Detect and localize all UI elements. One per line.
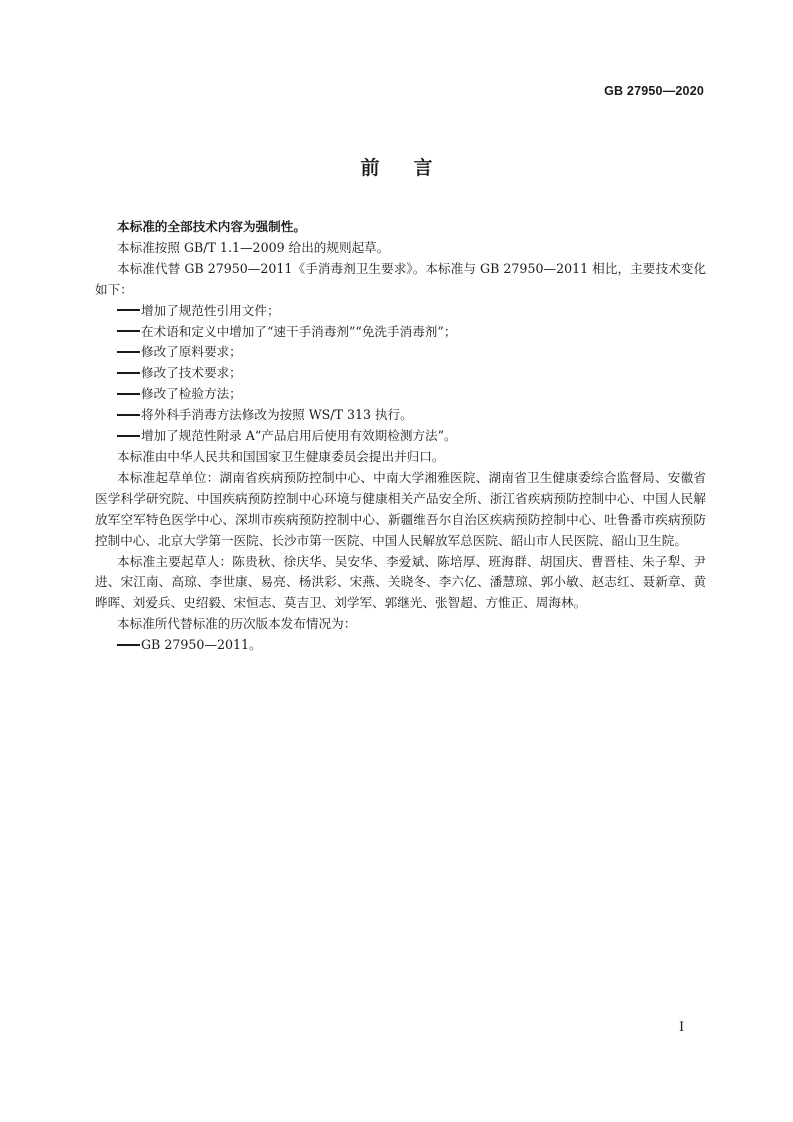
history-item: GB 27950—2011。	[95, 635, 706, 656]
foreword-body: 本标准的全部技术内容为强制性。 本标准按照 GB/T 1.1—2009 给出的规…	[95, 217, 706, 656]
drafting-rules-paragraph: 本标准按照 GB/T 1.1—2009 给出的规则起草。	[95, 238, 706, 259]
mandatory-statement: 本标准的全部技术内容为强制性。	[95, 217, 706, 238]
change-item: 修改了技术要求；	[95, 363, 706, 384]
replacement-paragraph: 本标准代替 GB 27950—2011《手消毒剂卫生要求》。本标准与 GB 27…	[95, 259, 706, 301]
em-dash-icon	[117, 330, 140, 332]
em-dash-icon	[117, 644, 140, 646]
drafters-paragraph: 本标准主要起草人：陈贵秋、徐庆华、吴安华、李爱斌、陈培厚、班海群、胡国庆、曹晋桂…	[95, 552, 706, 615]
page-title: 前言	[0, 153, 793, 180]
em-dash-icon	[117, 372, 140, 374]
change-item: 修改了检验方法；	[95, 384, 706, 405]
standard-code: GB 27950—2020	[604, 84, 704, 98]
em-dash-icon	[117, 393, 140, 395]
change-item: 增加了规范性引用文件；	[95, 301, 706, 322]
drafting-units-paragraph: 本标准起草单位：湖南省疾病预防控制中心、中南大学湘雅医院、湖南省卫生健康委综合监…	[95, 468, 706, 552]
em-dash-icon	[117, 351, 140, 353]
em-dash-icon	[117, 414, 140, 416]
page-number: I	[679, 1020, 684, 1035]
proposer-paragraph: 本标准由中华人民共和国国家卫生健康委员会提出并归口。	[95, 447, 706, 468]
em-dash-icon	[117, 435, 140, 437]
change-item: 将外科手消毒方法修改为按照 WS/T 313 执行。	[95, 405, 706, 426]
change-item: 增加了规范性附录 A“产品启用后使用有效期检测方法”。	[95, 426, 706, 447]
change-item: 修改了原料要求；	[95, 342, 706, 363]
em-dash-icon	[117, 309, 140, 311]
change-item: 在术语和定义中增加了“速干手消毒剂”“免洗手消毒剂”；	[95, 322, 706, 343]
history-intro-paragraph: 本标准所代替标准的历次版本发布情况为：	[95, 614, 706, 635]
